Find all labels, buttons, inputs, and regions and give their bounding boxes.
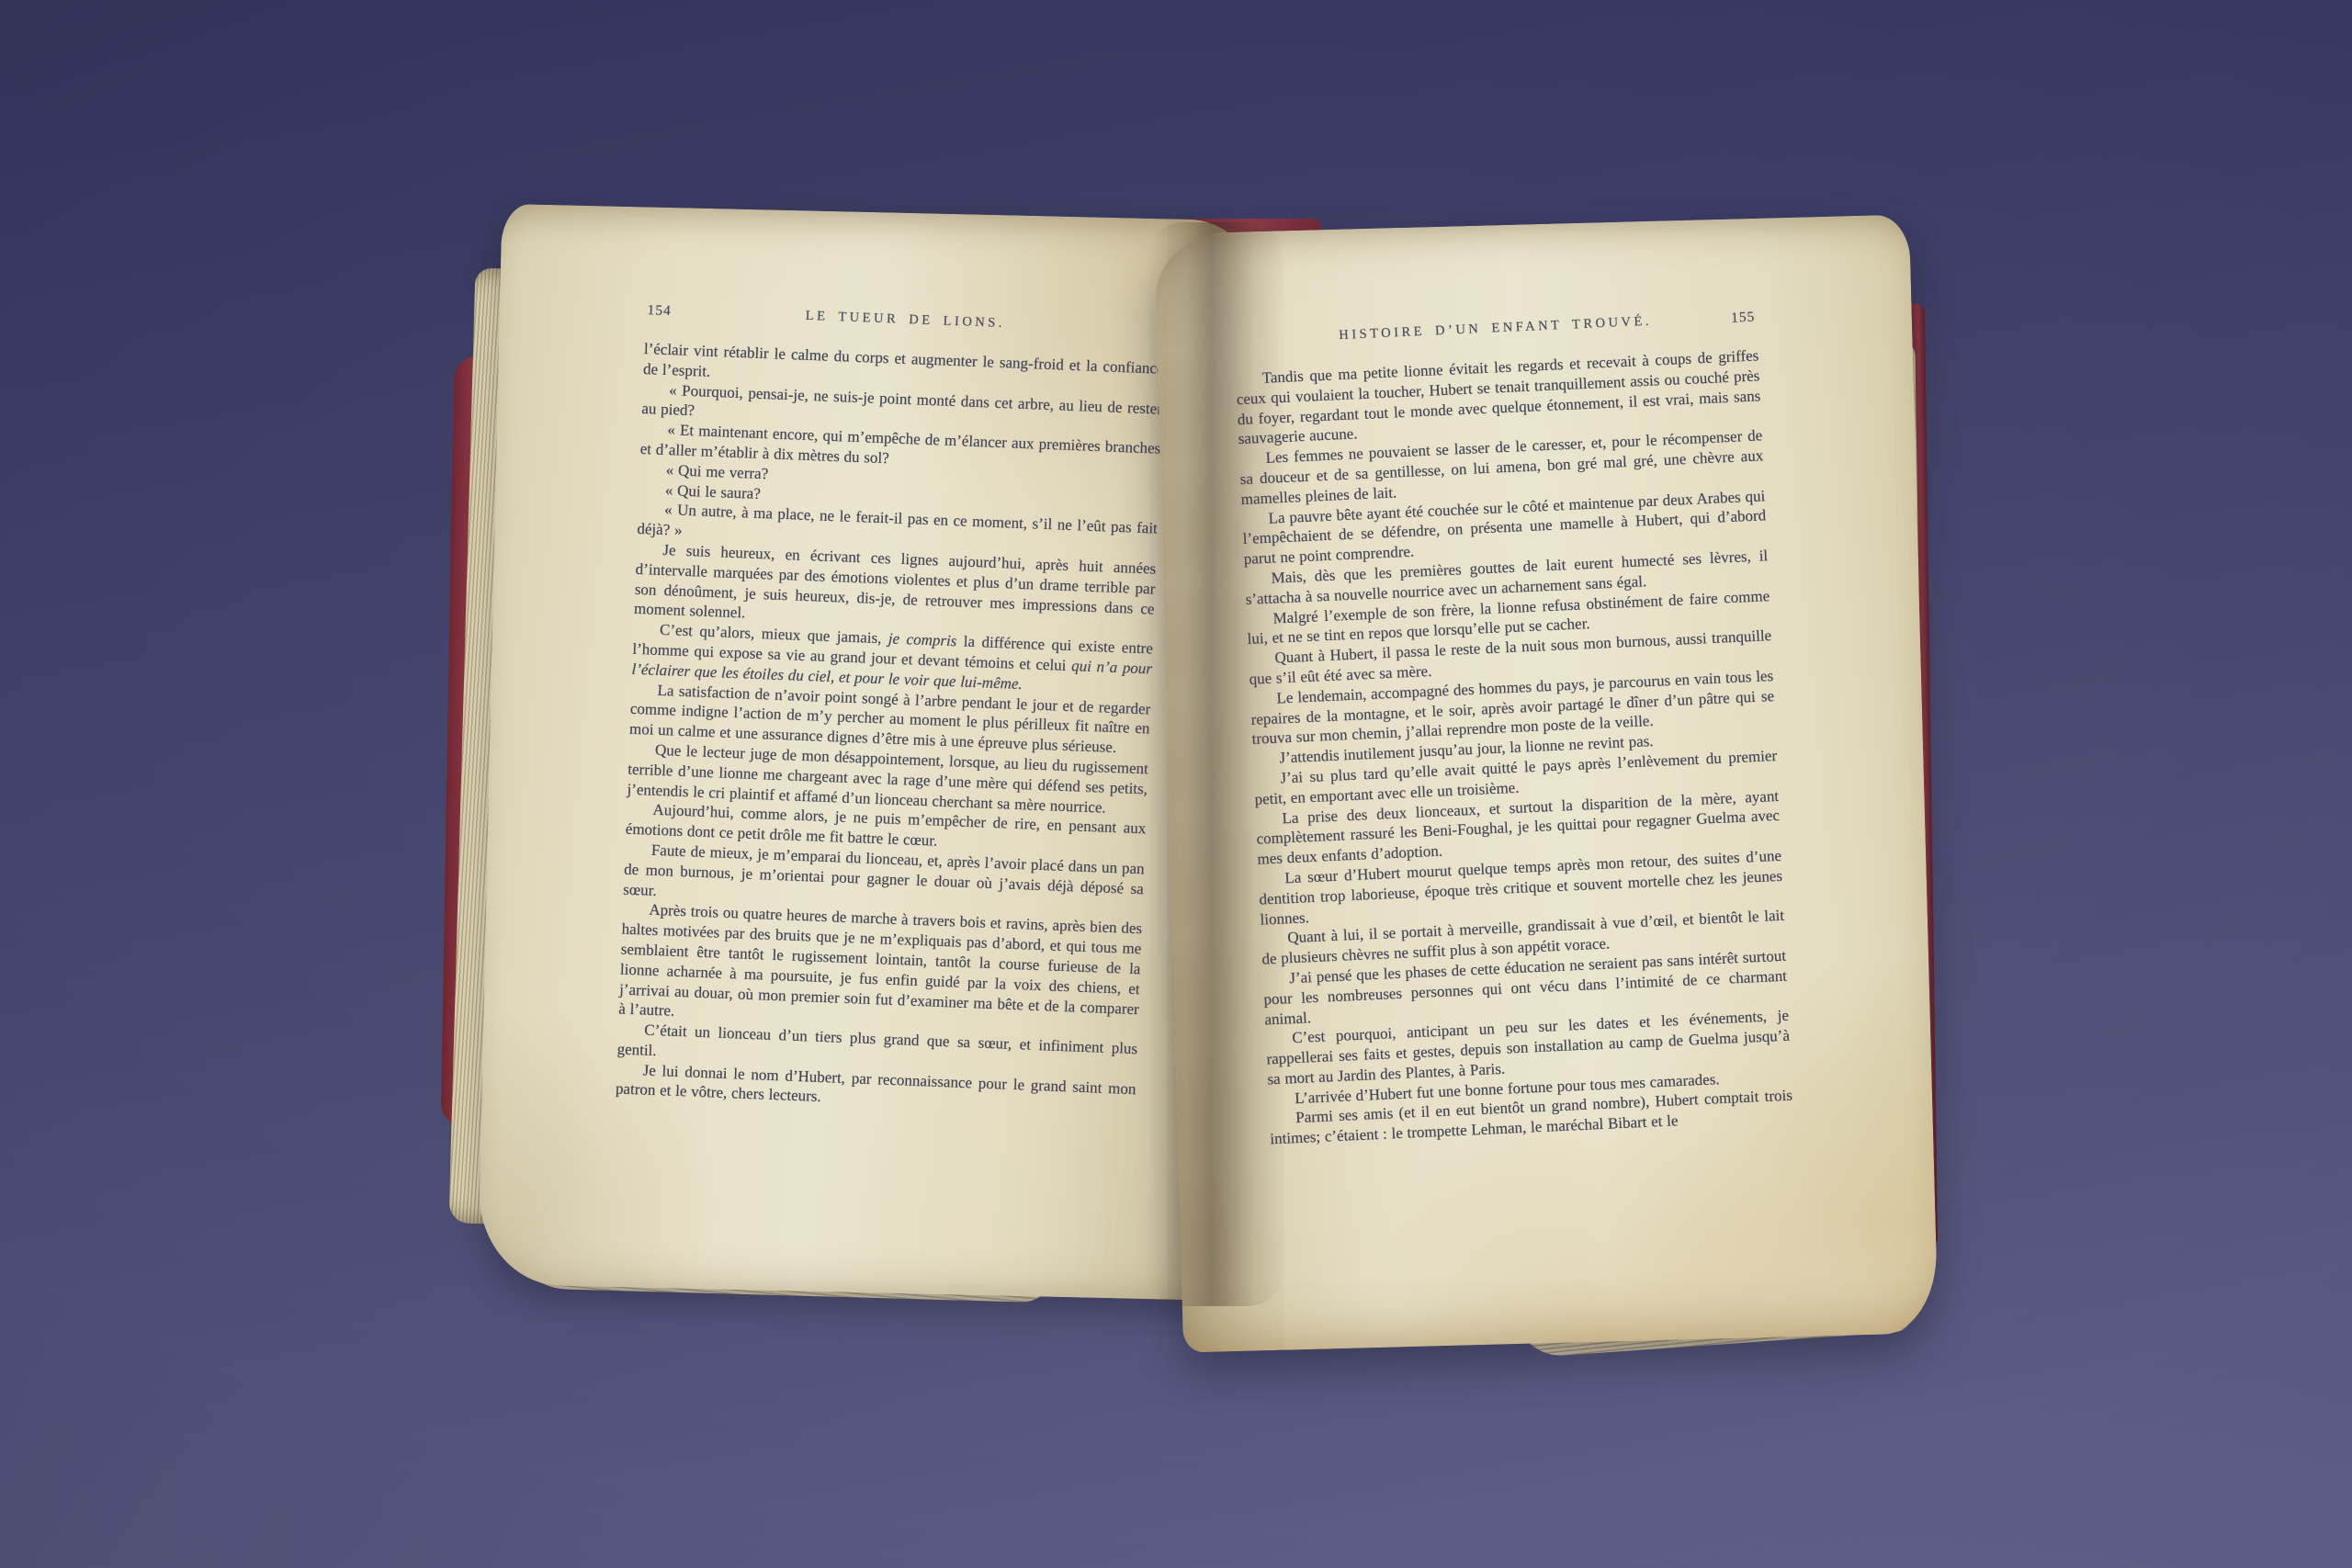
- paragraph: Après trois ou quatre heures de marche à…: [618, 899, 1143, 1039]
- left-page-text: 154 LE TUEUR DE LIONS. l’éclair vint rét…: [616, 302, 1166, 1119]
- book-gutter-shadow: [1147, 222, 1284, 1306]
- right-page-paragraphs: Tandis que ma petite lionne évitait les …: [1235, 345, 1793, 1149]
- left-running-head: 154 LE TUEUR DE LIONS.: [645, 302, 1166, 346]
- book-page-left: 154 LE TUEUR DE LIONS. l’éclair vint rét…: [478, 204, 1253, 1301]
- left-page-paragraphs: l’éclair vint rétablir le calme du corps…: [616, 339, 1164, 1119]
- photo-background: 154 LE TUEUR DE LIONS. l’éclair vint rét…: [0, 0, 2352, 1568]
- left-running-title: LE TUEUR DE LIONS.: [645, 302, 1165, 338]
- right-running-title: HISTOIRE D’UN ENFANT TROUVÉ.: [1234, 309, 1758, 348]
- right-page-text: HISTOIRE D’UN ENFANT TROUVÉ. 155 Tandis …: [1234, 309, 1794, 1149]
- right-page-number: 155: [1731, 310, 1756, 327]
